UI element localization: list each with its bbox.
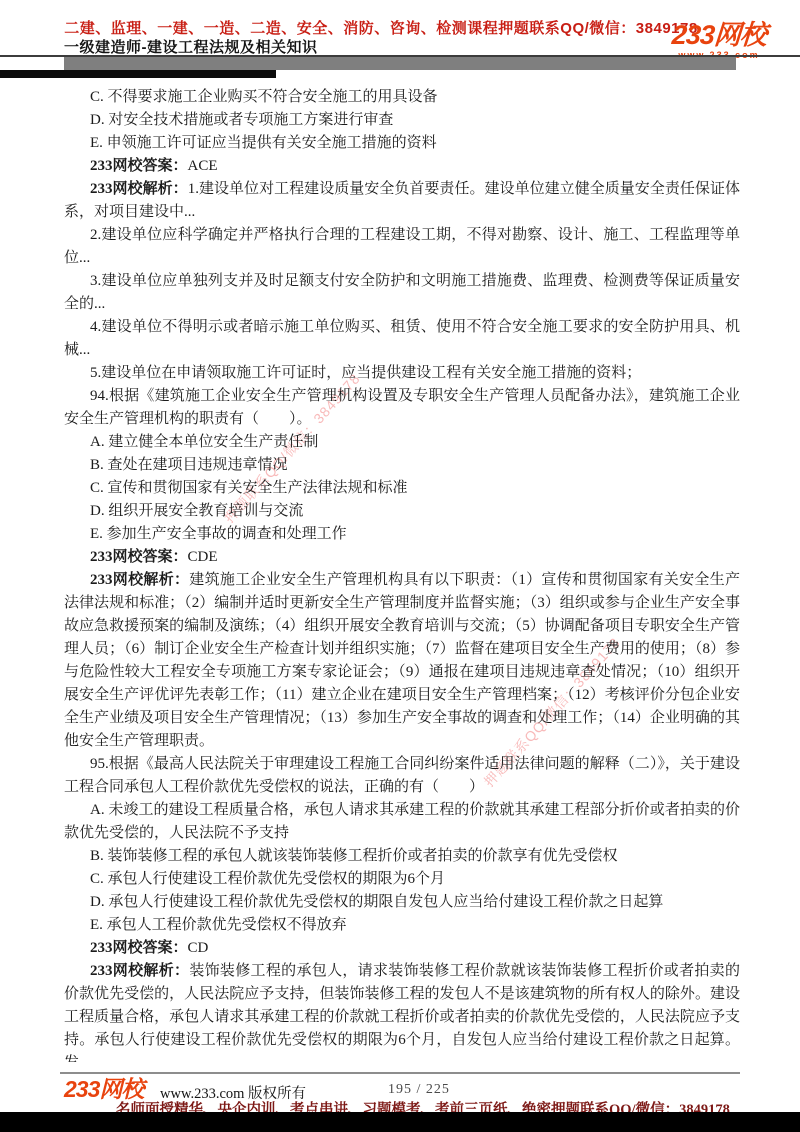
option-line: D. 承包人行使建设工程价款优先受偿权的期限自发包人应当给付建设工程价款之日起算: [64, 891, 740, 914]
body-paragraph: 2.建设单位应科学确定并严格执行合理的工程建设工期，不得对勘察、设计、施工、工程…: [64, 224, 740, 270]
question-paragraph: 95.根据《最高人民法院关于审理建设工程施工合同纠纷案件适用法律问题的解释（二）…: [64, 753, 740, 799]
analysis-paragraph: 233网校解析：建筑施工企业安全生产管理机构具有以下职责：（1）宣传和贯彻国家有…: [64, 569, 740, 753]
brand-logo-text: 233网校: [649, 22, 789, 49]
option-line: C. 宣传和贯彻国家有关安全生产法律法规和标准: [64, 477, 740, 500]
option-line: B. 查处在建项目违规违章情况: [64, 454, 740, 477]
option-line: D. 对安全技术措施或者专项施工方案进行审查: [64, 109, 740, 132]
option-line: A. 建立健全本单位安全生产责任制: [64, 431, 740, 454]
option-line: D. 组织开展安全教育培训与交流: [64, 500, 740, 523]
paragraph-label: 233网校答案：: [90, 549, 188, 565]
document-body: C. 不得要求施工企业购买不符合安全施工的用具设备D. 对安全技术措施或者专项施…: [64, 86, 740, 1062]
footer-rule-line: [60, 1072, 740, 1074]
body-paragraph: 3.建设单位应单独列支并及时足额支付安全防护和文明施工措施费、监理费、检测费等保…: [64, 270, 740, 316]
analysis-paragraph: 233网校解析：装饰装修工程的承包人，请求装饰装修工程价款就该装饰装修工程折价或…: [64, 960, 740, 1062]
option-line: E. 参加生产安全事故的调查和处理工作: [64, 523, 740, 546]
analysis-paragraph: 233网校解析：1.建设单位对工程建设质量安全负首要责任。建设单位建立健全质量安…: [64, 178, 740, 224]
paragraph-label: 233网校答案：: [90, 158, 188, 174]
body-paragraph: 4.建设单位不得明示或者暗示施工单位购买、租赁、使用不符合安全施工要求的安全防护…: [64, 316, 740, 362]
page-number: 195 / 225: [388, 1082, 450, 1098]
answer-paragraph: 233网校答案：CD: [64, 937, 740, 960]
paragraph-label: 233网校答案：: [90, 940, 188, 956]
header-black-bar: [0, 70, 276, 78]
option-line: C. 不得要求施工企业购买不符合安全施工的用具设备: [64, 86, 740, 109]
option-line: C. 承包人行使建设工程价款优先受偿权的期限为6个月: [64, 868, 740, 891]
body-paragraph: 5.建设单位在申请领取施工许可证时，应当提供建设工程有关安全施工措施的资料；: [64, 362, 740, 385]
question-paragraph: 94.根据《建筑施工企业安全生产管理机构设置及专职安全生产管理人员配备办法》，建…: [64, 385, 740, 431]
answer-paragraph: 233网校答案：CDE: [64, 546, 740, 569]
paragraph-label: 233网校解析：: [90, 181, 188, 197]
bottom-black-bar: [0, 1112, 800, 1132]
paragraph-label: 233网校解析：: [90, 963, 189, 979]
header-promo-text: 二建、监理、一建、一造、二造、安全、消防、咨询、检测课程押题联系QQ/微信：38…: [0, 17, 762, 38]
course-title: 一级建造师-建设工程法规及相关知识: [64, 36, 318, 57]
answer-paragraph: 233网校答案：ACE: [64, 155, 740, 178]
option-line: A. 未竣工的建设工程质量合格，承包人请求其承建工程的价款就其承建工程部分折价或…: [64, 799, 740, 845]
option-line: E. 申领施工许可证应当提供有关安全施工措施的资料: [64, 132, 740, 155]
option-line: B. 装饰装修工程的承包人就该装饰装修工程折价或者拍卖的价款享有优先受偿权: [64, 845, 740, 868]
header-gray-bar: [64, 57, 736, 70]
document-page: 二建、监理、一建、一造、二造、安全、消防、咨询、检测课程押题联系QQ/微信：38…: [0, 0, 800, 1132]
paragraph-label: 233网校解析：: [90, 572, 189, 588]
option-line: E. 承包人工程价款优先受偿权不得放弃: [64, 914, 740, 937]
